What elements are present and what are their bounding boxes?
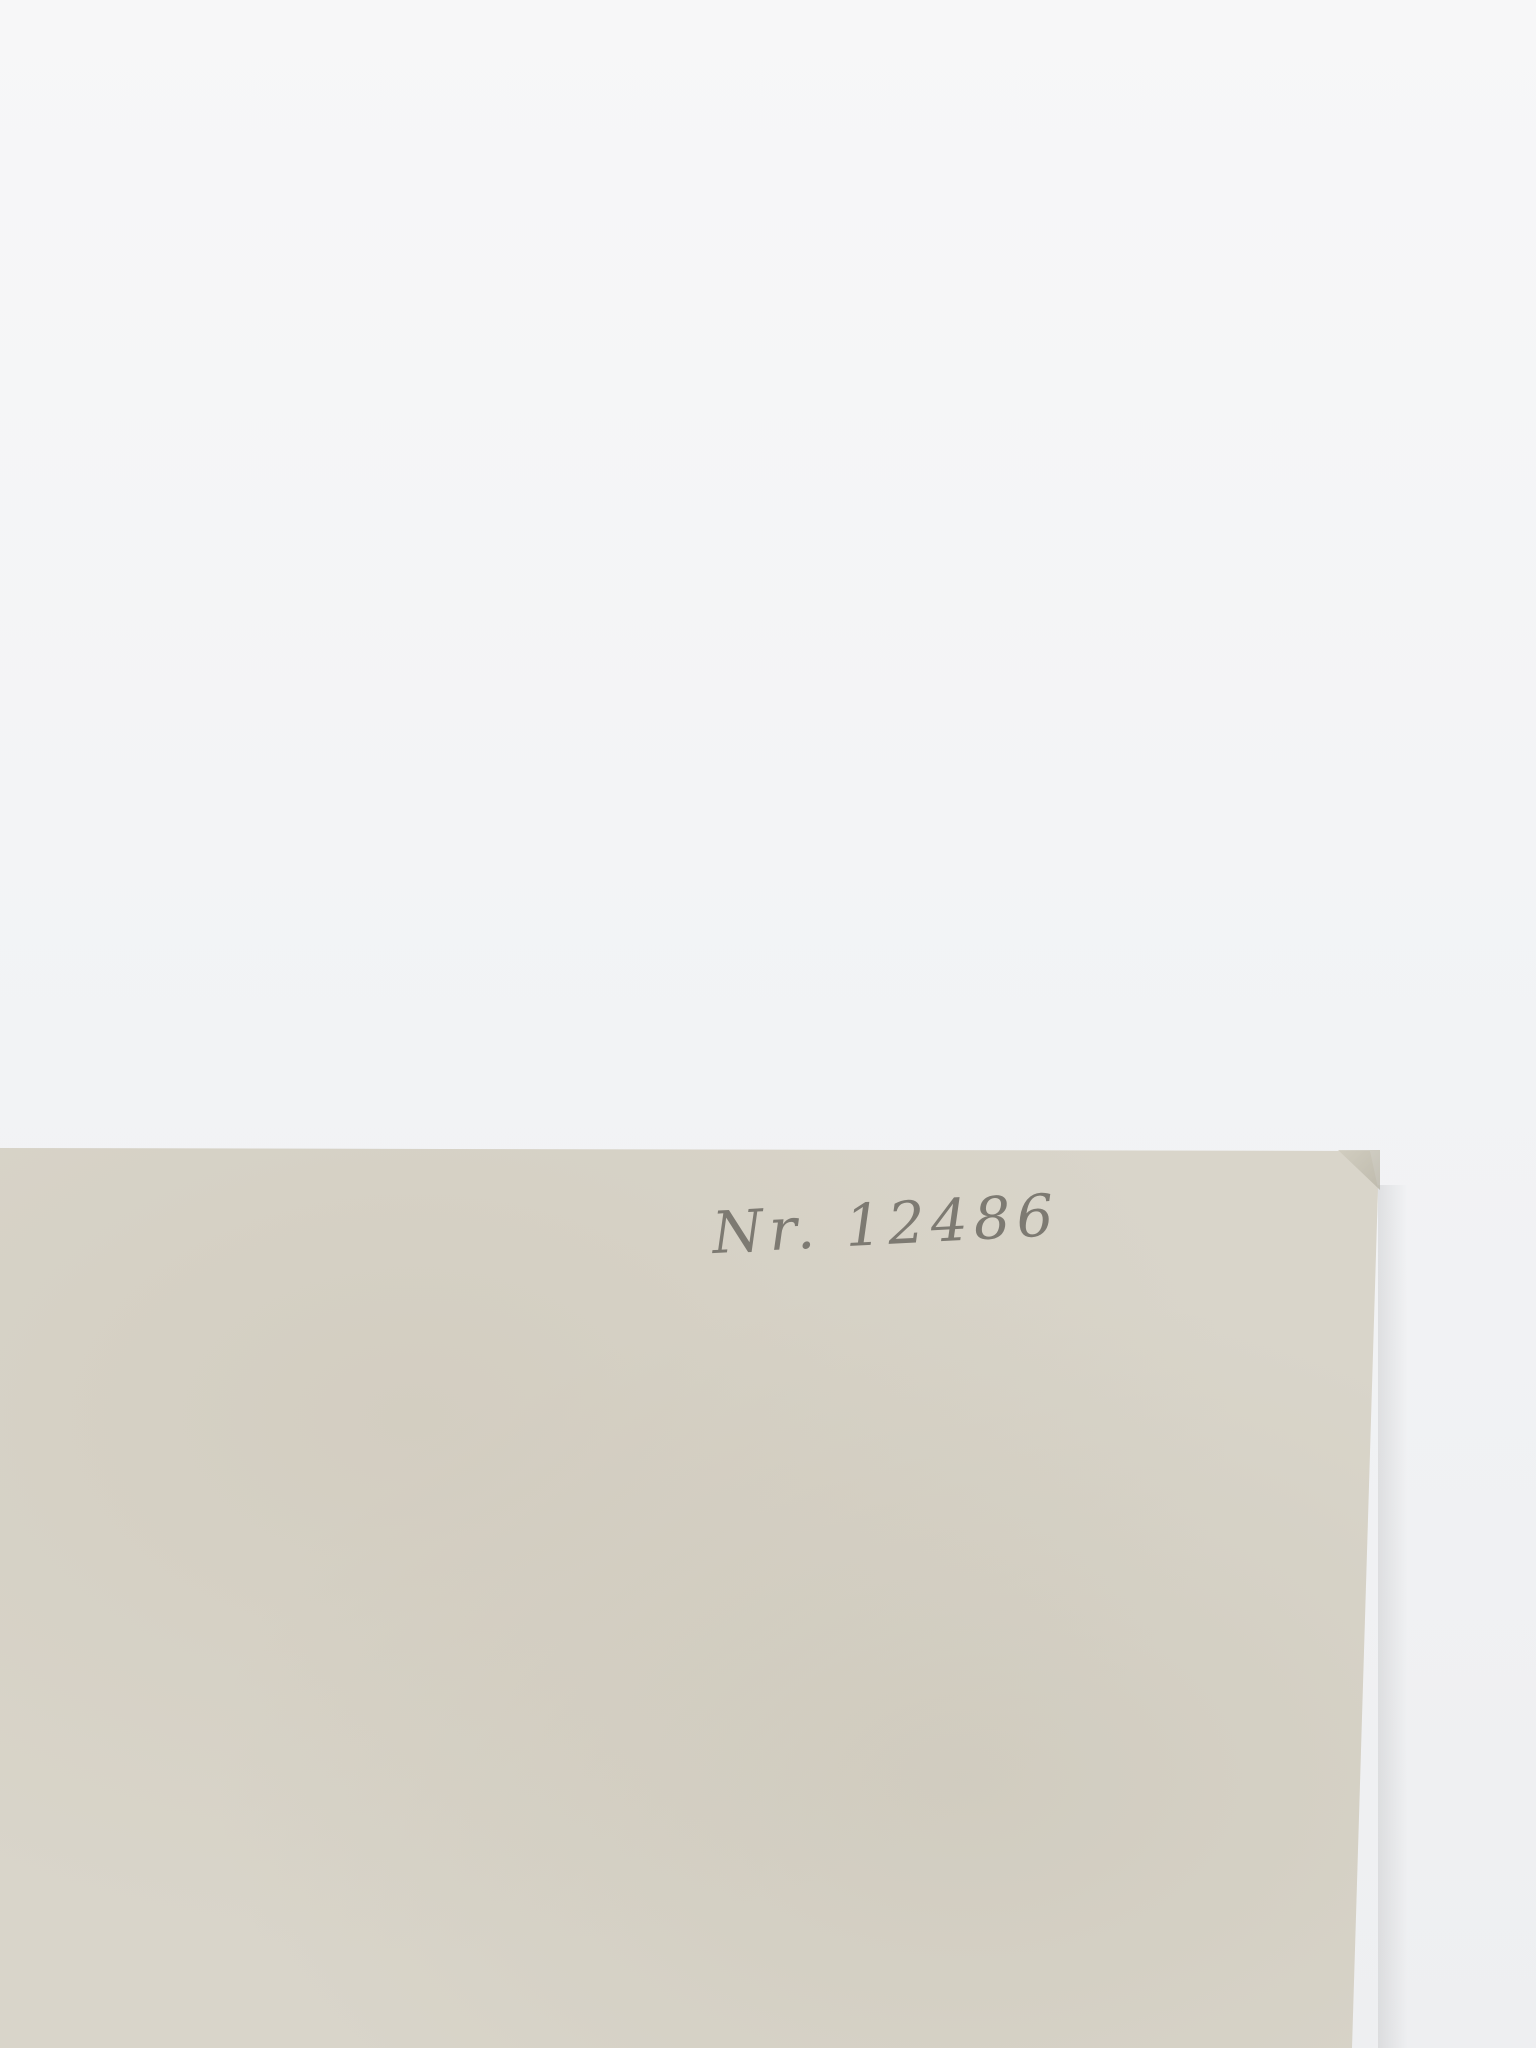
paper-shadow	[1378, 1185, 1408, 2048]
aged-paper-sheet	[0, 1148, 1378, 2048]
